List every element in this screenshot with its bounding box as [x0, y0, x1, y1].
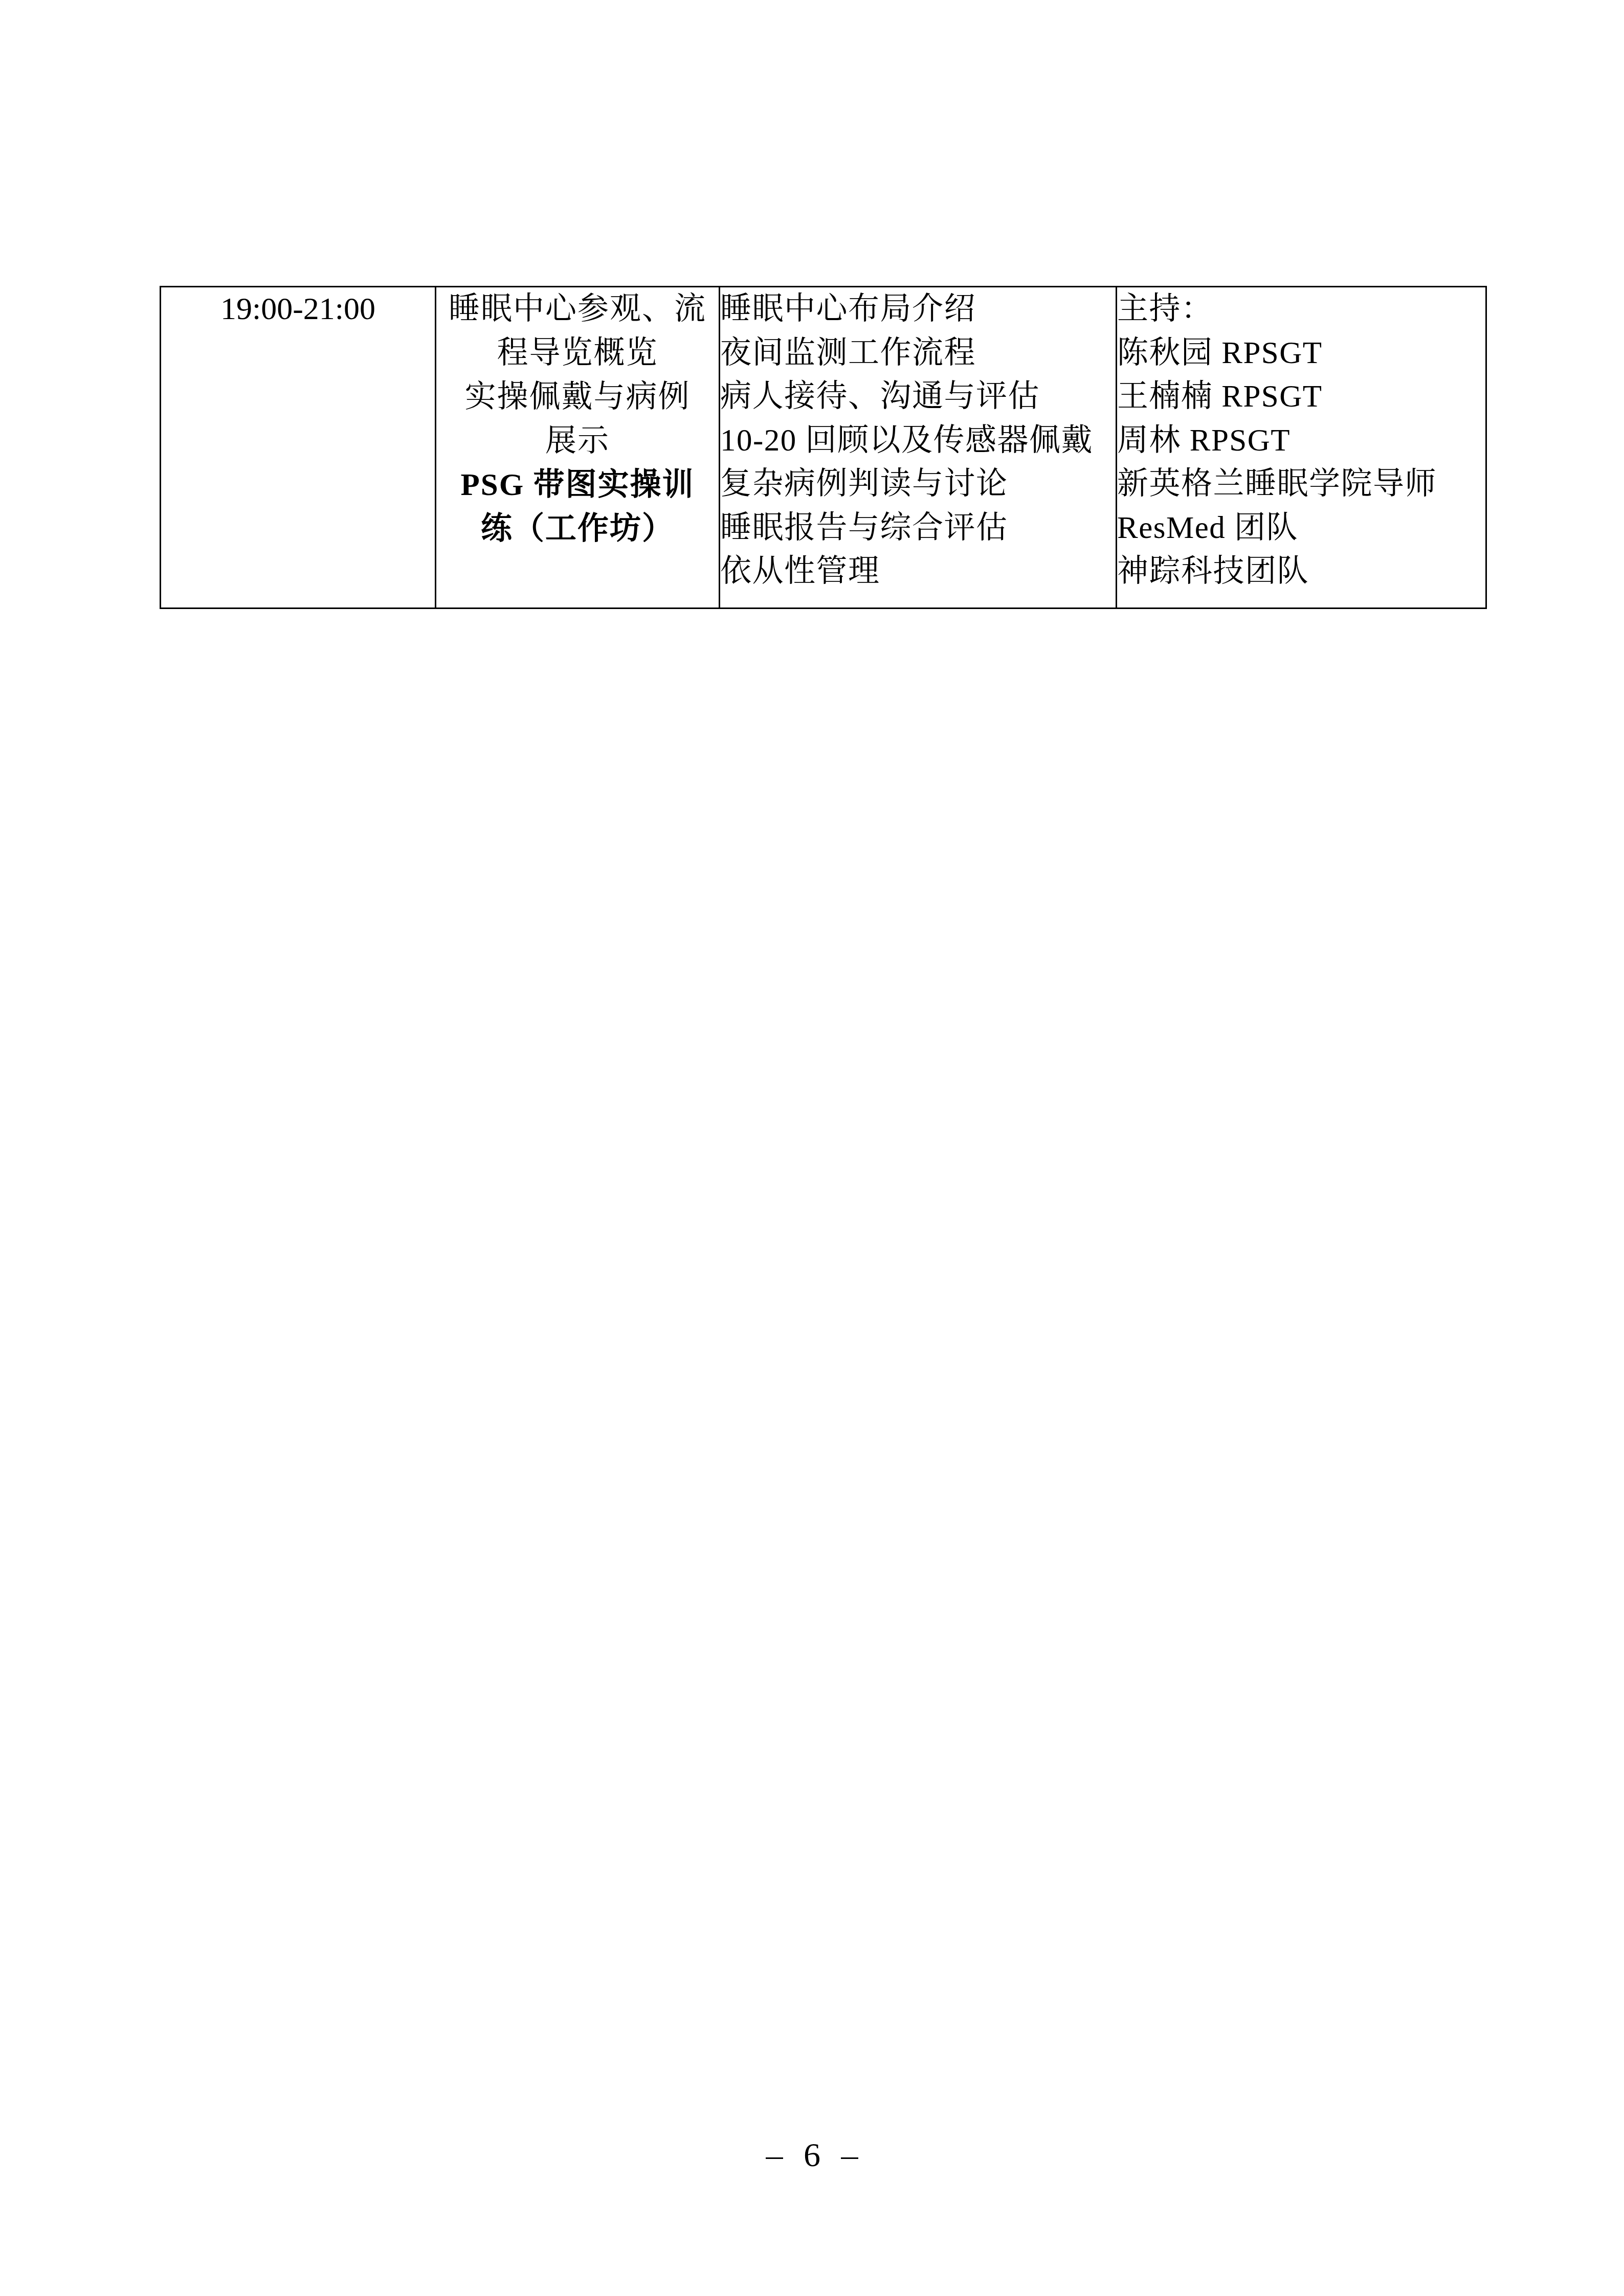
- host-item: 周林 RPSGT: [1117, 419, 1485, 463]
- time-cell: 19:00-21:00: [161, 287, 436, 609]
- document-page: 19:00-21:00 睡眠中心参观、流 程导览概览 实操佩戴与病例 展示 PS…: [0, 0, 1624, 2296]
- dash-right: [841, 2157, 858, 2159]
- session-title-line-bold: 练（工作坊）: [436, 507, 719, 551]
- session-title-line: 展示: [436, 419, 719, 463]
- time-slot: 19:00-21:00: [220, 291, 375, 326]
- dash-left: [766, 2157, 783, 2159]
- topic-item: 复杂病例判读与讨论: [720, 462, 1116, 506]
- host-item: 新英格兰睡眠学院导师: [1117, 462, 1485, 506]
- host-item: 陈秋园 RPSGT: [1117, 331, 1485, 375]
- topic-item: 依从性管理: [720, 550, 1116, 594]
- topic-item: 睡眠报告与综合评估: [720, 506, 1116, 550]
- host-item: ResMed 团队: [1117, 506, 1485, 550]
- topics-cell: 睡眠中心布局介绍 夜间监测工作流程 病人接待、沟通与评估 10-20 回顾以及传…: [720, 287, 1117, 609]
- topic-item: 夜间监测工作流程: [720, 331, 1116, 375]
- topic-item: 10-20 回顾以及传感器佩戴: [720, 419, 1116, 463]
- topic-item: 病人接待、沟通与评估: [720, 375, 1116, 419]
- hosts-cell: 主持： 陈秋园 RPSGT 王楠楠 RPSGT 周林 RPSGT 新英格兰睡眠学…: [1117, 287, 1486, 609]
- host-item: 王楠楠 RPSGT: [1117, 375, 1485, 419]
- session-title-line: 睡眠中心参观、流: [436, 287, 719, 331]
- host-label: 主持：: [1117, 287, 1485, 331]
- table-row: 19:00-21:00 睡眠中心参观、流 程导览概览 实操佩戴与病例 展示 PS…: [161, 287, 1486, 609]
- session-title-line: 实操佩戴与病例: [436, 375, 719, 419]
- page-number-value: 6: [804, 2136, 820, 2174]
- session-title-line-bold: PSG 带图实操训: [436, 463, 719, 507]
- host-item: 神踪科技团队: [1117, 550, 1485, 594]
- session-title-cell: 睡眠中心参观、流 程导览概览 实操佩戴与病例 展示 PSG 带图实操训 练（工作…: [436, 287, 720, 609]
- page-number: 6: [0, 2132, 1624, 2178]
- schedule-table: 19:00-21:00 睡眠中心参观、流 程导览概览 实操佩戴与病例 展示 PS…: [160, 286, 1487, 609]
- session-title-line: 程导览概览: [436, 331, 719, 375]
- topic-item: 睡眠中心布局介绍: [720, 287, 1116, 331]
